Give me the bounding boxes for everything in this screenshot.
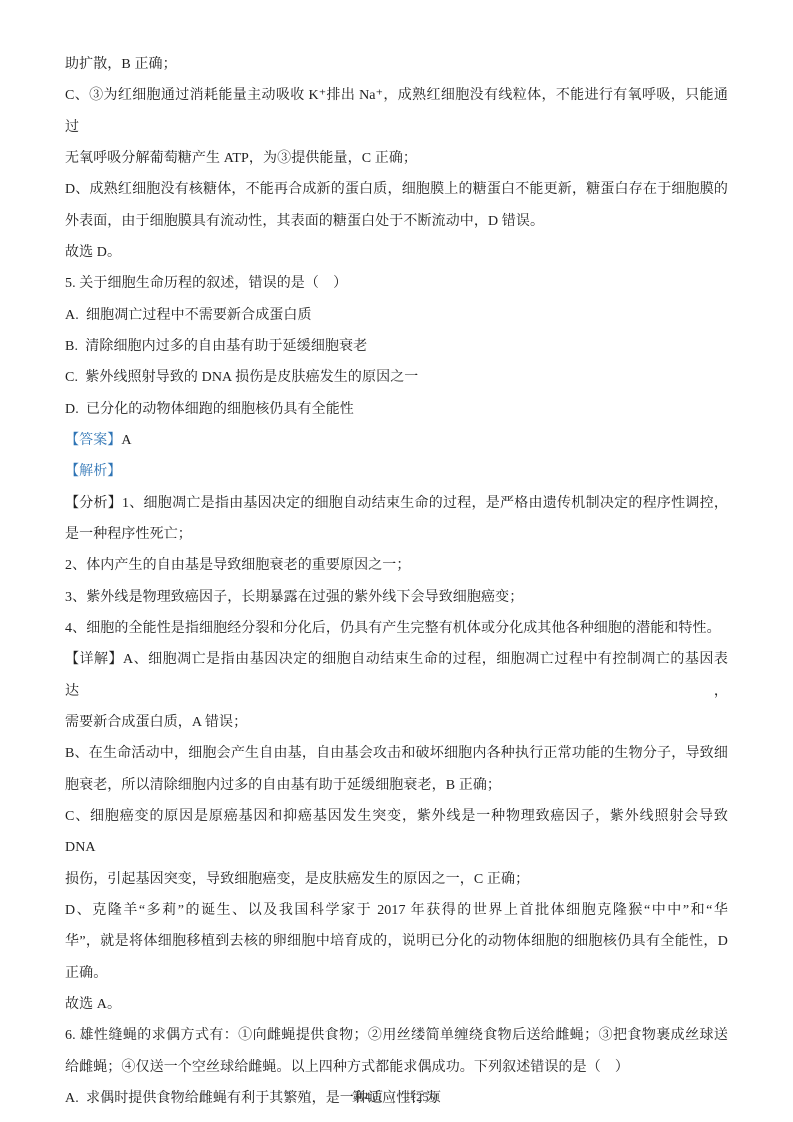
text-line: 无氧呼吸分解葡萄糖产生 ATP，为③提供能量，C 正确； [65,143,728,174]
text-line: 华”，就是将体细胞移植到去核的卵细胞中培育成的，说明已分化的动物体细胞的细胞核仍… [65,926,728,957]
text-segment: 6. 雄性缝蝇的求偶方式有：①向雌蝇提供食物；②用丝缕简单缠绕食物后送给雌蝇；③… [65,1028,728,1043]
text-line: 【答案】A [65,425,728,456]
text-segment: 助扩散，B 正确； [65,57,177,72]
text-segment: B. 清除细胞内过多的自由基有助于延缓细胞衰老 [65,339,367,354]
text-line: 损伤，引起基因突变，导致细胞癌变，是皮肤癌发生的原因之一，C 正确； [65,864,728,895]
text-line: 需要新合成蛋白质，A 错误； [65,707,728,738]
text-line: A. 细胞凋亡过程中不需要新合成蛋白质 [65,300,728,331]
text-segment: D、成熟红细胞没有核糖体，不能再合成新的蛋白质，细胞膜上的糖蛋白不能更新，糖蛋白… [65,182,728,197]
text-segment: 【分析】1、细胞凋亡是指由基因决定的细胞自动结束生命的过程，是严格由遗传机制决定… [65,496,728,511]
text-segment: 华”，就是将体细胞移植到去核的卵细胞中培育成的，说明已分化的动物体细胞的细胞核仍… [65,934,728,949]
text-line: B、在生命活动中，细胞会产生自由基，自由基会攻击和破坏细胞内各种执行正常功能的生… [65,738,728,769]
text-segment: C、③为红细胞通过消耗能量主动吸收 K⁺排出 Na⁺，成熟红细胞没有线粒体，不能… [65,88,728,134]
text-segment: A. 细胞凋亡过程中不需要新合成蛋白质 [65,308,312,323]
text-line: C、细胞癌变的原因是原癌基因和抑癌基因发生突变，紫外线是一种物理致癌因子，紫外线… [65,801,728,864]
text-segment: 给雌蝇；④仅送一个空丝球给雌蝇。以上四种方式都能求偶成功。下列叙述错误的是（ ） [65,1060,629,1075]
text-segment: 4、细胞的全能性是指细胞经分裂和分化后，仍具有产生完整有机体或分化成其他各种细胞… [65,621,721,636]
document-page: 助扩散，B 正确；C、③为红细胞通过消耗能量主动吸收 K⁺排出 Na⁺，成熟红细… [0,0,793,1122]
document-body: 助扩散，B 正确；C、③为红细胞通过消耗能量主动吸收 K⁺排出 Na⁺，成熟红细… [65,49,728,1114]
text-segment: D. 已分化的动物体细跑的细胞核仍具有全能性 [65,402,354,417]
footer-separator: | [392,1090,395,1104]
text-segment: 胞衰老，所以清除细胞内过多的自由基有助于延缓细胞衰老，B 正确； [65,778,501,793]
text-line: 6. 雄性缝蝇的求偶方式有：①向雌蝇提供食物；②用丝缕简单缠绕食物后送给雌蝇；③… [65,1020,728,1051]
text-line: 给雌蝇；④仅送一个空丝球给雌蝇。以上四种方式都能求偶成功。下列叙述错误的是（ ） [65,1052,728,1083]
footer-current-page: 第4页 [352,1090,383,1104]
bracket-label-accent: 【答案】 [65,433,121,448]
text-line: 故选 D。 [65,237,728,268]
text-line: D、克隆羊“多莉”的诞生、以及我国科学家于 2017 年获得的世界上首批体细胞克… [65,895,728,926]
text-line: 外表面，由于细胞膜具有流动性，其表面的糖蛋白处于不断流动中，D 错误。 [65,206,728,237]
text-segment: 损伤，引起基因突变，导致细胞癌变，是皮肤癌发生的原因之一，C 正确； [65,872,529,887]
text-segment: B、在生命活动中，细胞会产生自由基，自由基会攻击和破坏细胞内各种执行正常功能的生… [65,746,728,761]
text-line: 4、细胞的全能性是指细胞经分裂和分化后，仍具有产生完整有机体或分化成其他各种细胞… [65,613,728,644]
text-line: C、③为红细胞通过消耗能量主动吸收 K⁺排出 Na⁺，成熟红细胞没有线粒体，不能… [65,80,728,143]
text-line: 【分析】1、细胞凋亡是指由基因决定的细胞自动结束生命的过程，是严格由遗传机制决定… [65,488,728,519]
text-line: 胞衰老，所以清除细胞内过多的自由基有助于延缓细胞衰老，B 正确； [65,770,728,801]
text-line: D、成熟红细胞没有核糖体，不能再合成新的蛋白质，细胞膜上的糖蛋白不能更新，糖蛋白… [65,174,728,205]
text-segment: A [121,433,131,448]
text-line: D. 已分化的动物体细跑的细胞核仍具有全能性 [65,394,728,425]
text-segment: 【详解】A、细胞凋亡是指由基因决定的细胞自动结束生命的过程，细胞凋亡过程中有控制… [65,652,728,698]
page-footer: 第4页|共25页 [0,1087,793,1107]
text-line: 【解析】 [65,456,728,487]
footer-total-pages: 共25页 [404,1090,442,1104]
bracket-label-accent: 【解析】 [65,464,121,479]
text-line: 【详解】A、细胞凋亡是指由基因决定的细胞自动结束生命的过程，细胞凋亡过程中有控制… [65,644,728,707]
text-segment: 2、体内产生的自由基是导致细胞衰老的重要原因之一； [65,558,411,573]
text-line: 3、紫外线是物理致癌因子，长期暴露在过强的紫外线下会导致细胞癌变； [65,582,728,613]
text-segment: 3、紫外线是物理致癌因子，长期暴露在过强的紫外线下会导致细胞癌变； [65,590,523,605]
text-segment: 需要新合成蛋白质，A 错误； [65,715,247,730]
text-segment: 是一种程序性死亡； [65,527,192,542]
text-segment: 5. 关于细胞生命历程的叙述，错误的是（ ） [65,276,347,291]
text-line: 是一种程序性死亡； [65,519,728,550]
text-segment: C. 紫外线照射导致的 DNA 损伤是皮肤癌发生的原因之一 [65,370,418,385]
text-segment: D、克隆羊“多莉”的诞生、以及我国科学家于 2017 年获得的世界上首批体细胞克… [65,903,728,918]
text-segment: 正确。 [65,966,107,981]
text-line: 2、体内产生的自由基是导致细胞衰老的重要原因之一； [65,550,728,581]
text-segment: C、细胞癌变的原因是原癌基因和抑癌基因发生突变，紫外线是一种物理致癌因子，紫外线… [65,809,732,855]
text-line: 助扩散，B 正确； [65,49,728,80]
text-line: C. 紫外线照射导致的 DNA 损伤是皮肤癌发生的原因之一 [65,362,728,393]
text-segment: 无氧呼吸分解葡萄糖产生 ATP，为③提供能量，C 正确； [65,151,417,166]
text-segment: 外表面，由于细胞膜具有流动性，其表面的糖蛋白处于不断流动中，D 错误。 [65,214,544,229]
text-line: 故选 A。 [65,989,728,1020]
text-line: 5. 关于细胞生命历程的叙述，错误的是（ ） [65,268,728,299]
text-line: B. 清除细胞内过多的自由基有助于延缓细胞衰老 [65,331,728,362]
text-segment: 故选 A。 [65,997,121,1012]
text-line: 正确。 [65,958,728,989]
text-segment: 故选 D。 [65,245,121,260]
